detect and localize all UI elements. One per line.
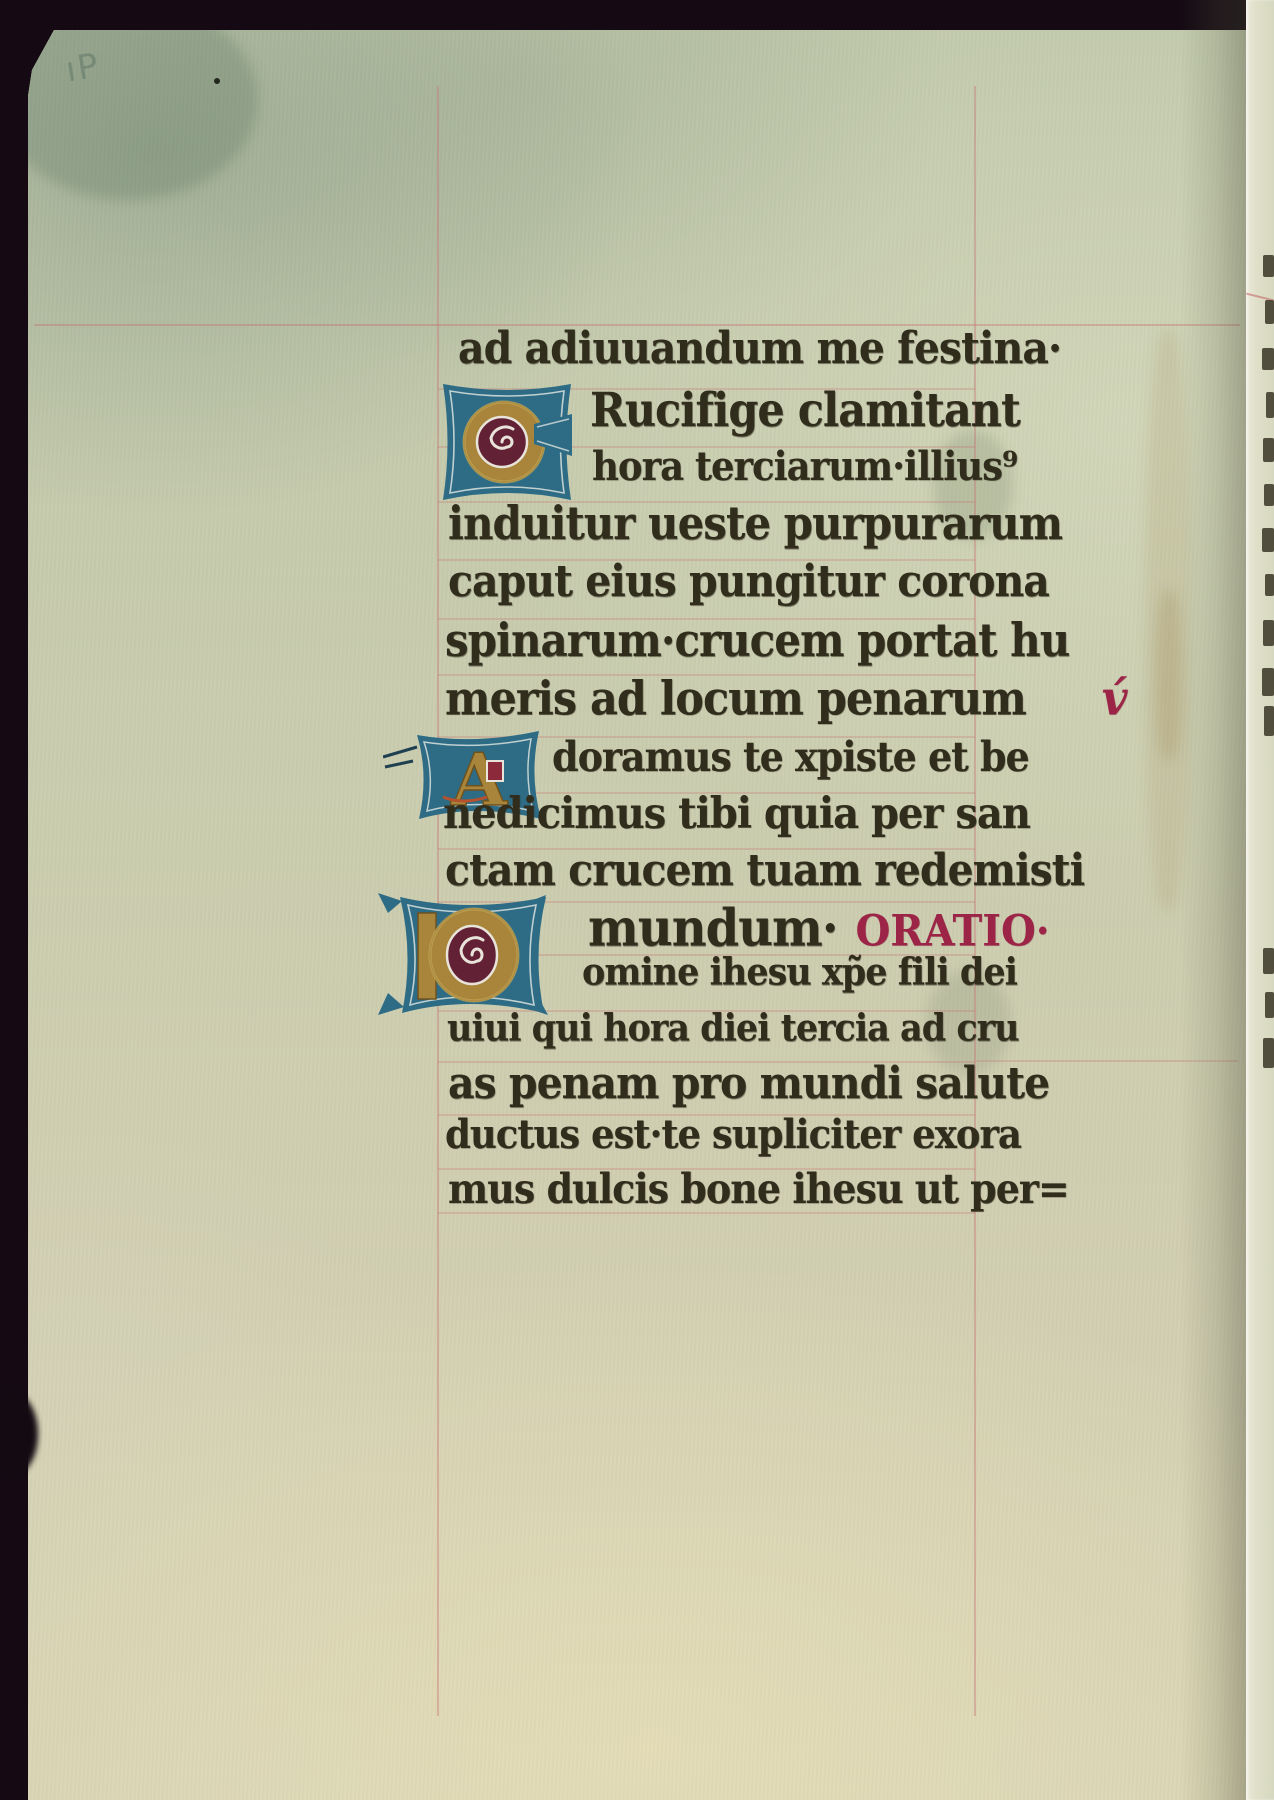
corner-shadow bbox=[0, 0, 258, 200]
text-line-3: hora terciarum·illius⁹ bbox=[592, 441, 1017, 491]
adjacent-page-text-fragment bbox=[1265, 992, 1274, 1018]
text-line-15: ductus est·te supliciter exora bbox=[445, 1109, 1021, 1159]
adjacent-page-text-fragment bbox=[1264, 484, 1274, 506]
text-line-13: uiui qui hora diei tercia ad cru bbox=[447, 1005, 1019, 1052]
text-line-8: doramus te xpiste et be bbox=[552, 731, 1029, 782]
adjacent-page-text-fragment bbox=[1263, 1038, 1274, 1068]
adjacent-page-text-fragment bbox=[1265, 300, 1274, 324]
adjacent-page-text-fragment bbox=[1262, 528, 1274, 552]
text-line-16: mus dulcis bone ihesu ut per= bbox=[448, 1163, 1069, 1214]
stain-streak bbox=[1156, 590, 1182, 760]
text-line-4: induitur ueste purpurarum bbox=[448, 496, 1062, 553]
text-line-9: nedicimus tibi quia per san bbox=[443, 787, 1030, 841]
text-line-14: as penam pro mundi salute bbox=[448, 1056, 1049, 1111]
adjacent-page-text-fragment bbox=[1262, 348, 1274, 370]
illuminated-initial-D bbox=[376, 891, 552, 1019]
adjacent-page-text-fragment bbox=[1266, 392, 1274, 418]
adjacent-page-text-fragment bbox=[1263, 948, 1274, 974]
text-line-7: meris ad locum penarumv́ bbox=[445, 669, 1126, 729]
adjacent-page-text-fragment bbox=[1265, 574, 1274, 596]
illuminated-initial-C bbox=[438, 382, 576, 502]
gutter-shadow bbox=[1180, 0, 1246, 1800]
pencil-folio-mark: ıP bbox=[63, 46, 103, 91]
text-line-5: caput eius pungitur corona bbox=[448, 554, 1049, 609]
adjacent-page-text-fragment bbox=[1262, 668, 1274, 696]
versicle-mark: v́ bbox=[1102, 671, 1127, 726]
text-line-10: ctam crucem tuam redemisti bbox=[445, 843, 1084, 898]
text-line-2: Rucifige clamitant bbox=[590, 383, 1020, 441]
text-line-12: omine ihesu xp̃e fili dei bbox=[582, 949, 1017, 996]
adjacent-page-text-fragment bbox=[1264, 706, 1274, 736]
adjacent-page-text-fragment bbox=[1263, 438, 1274, 462]
adjacent-page-text-fragment bbox=[1263, 255, 1274, 277]
text-line-1: ad adiuuandum me festina· bbox=[458, 321, 1061, 376]
text-line-6: spinarum·crucem portat hu bbox=[445, 613, 1069, 670]
ink-speck bbox=[214, 78, 220, 84]
adjacent-page-text-fragment bbox=[1263, 620, 1274, 646]
